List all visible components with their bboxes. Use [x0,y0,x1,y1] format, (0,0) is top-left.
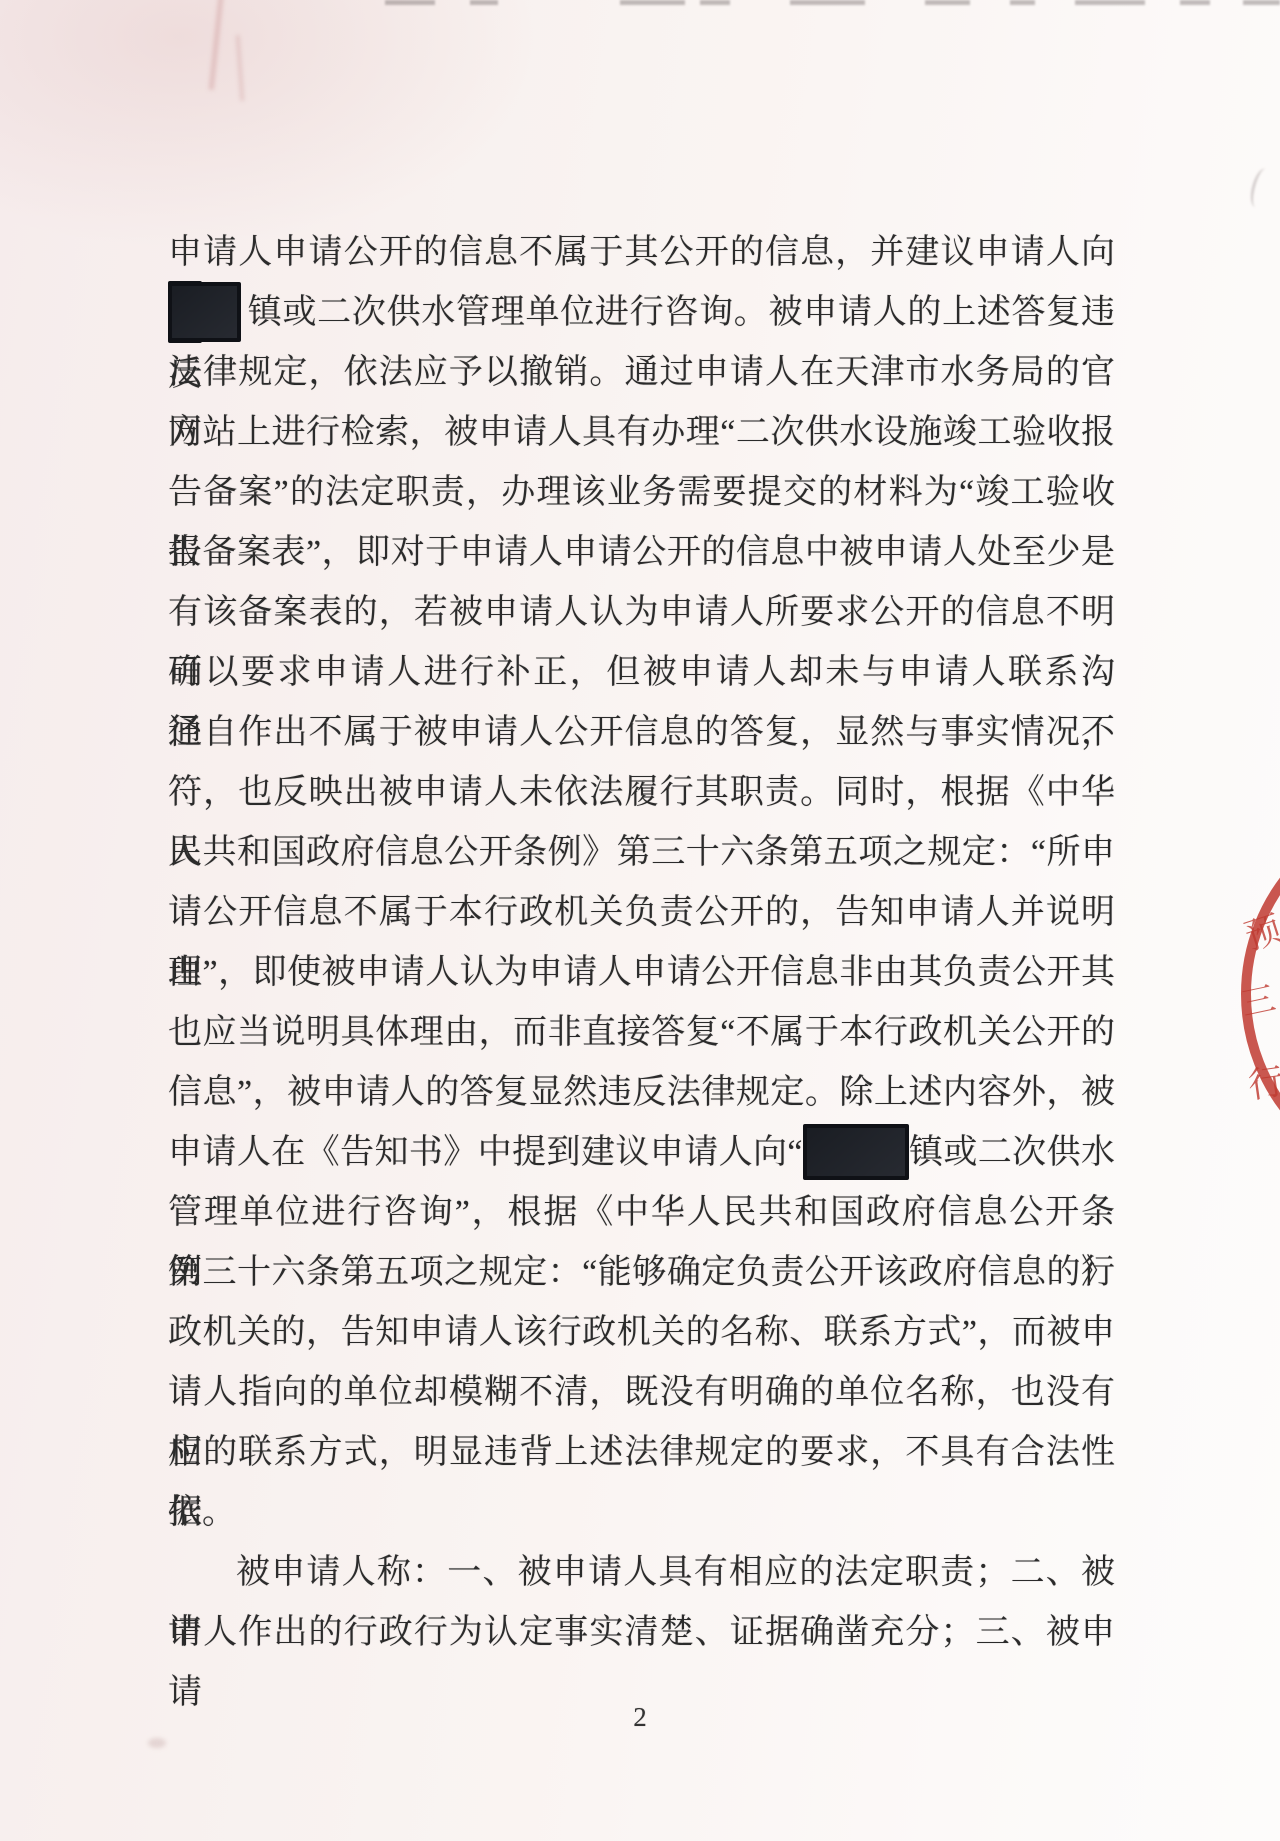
text-line: 请人指向的单位却模糊不清，既没有明确的单位名称，也没有相 [168,1363,1115,1423]
official-seal-stamp: 预 三 行 [1234,868,1280,1120]
redaction-box [803,1124,909,1180]
scan-artifact [1180,0,1210,5]
text-line: 告备案表”，即对于申请人申请公开的信息中被申请人处至少是 [168,523,1115,583]
scan-artifact [790,0,865,5]
text-line: 政机关的，告知申请人该行政机关的名称、联系方式”，而被申 [168,1303,1115,1363]
text-segment: 镇或二次供水 [909,1134,1115,1171]
scan-artifact [1247,166,1274,209]
text-line: 网站上进行检索，被申请人具有办理“二次供水设施竣工验收报 [168,403,1115,463]
text-line: 符，也反映出被申请人未依法履行其职责。同时，根据《中华人 [168,763,1115,823]
text-line: 可以要求申请人进行补正，但被申请人却未与申请人联系沟通， [168,643,1115,703]
scan-artifact [148,1738,166,1748]
text-line: 被申请人称：一、被申请人具有相应的法定职责；二、被申 [168,1543,1115,1603]
text-line: 信息”，被申请人的答复显然违反法律规定。除上述内容外，被 [168,1063,1115,1123]
scan-artifact [470,0,498,5]
scan-artifact [700,0,730,5]
text-line: 管理单位进行咨询”，根据《中华人民共和国政府信息公开条例》 [168,1183,1115,1243]
text-line: 告备案”的法定职责，办理该业务需要提交的材料为“竣工验收报 [168,463,1115,523]
scan-smudge [209,0,225,90]
text-segment: 申请人申请公开的信息不属于其公开的信息，并建议申请人向 [168,234,1115,271]
text-line: 应的联系方式，明显违背上述法律规定的要求，不具有合法性依 [168,1423,1115,1483]
scan-artifact [925,0,970,5]
text-line: 镇或二次供水管理单位进行咨询。被申请人的上述答复违反 [168,283,1115,343]
text-line: 第三十六条第五项之规定：“能够确定负责公开该政府信息的行 [168,1243,1115,1303]
text-segment: 申请人在《告知书》中提到建议申请人向“ [168,1134,803,1171]
redaction-box [168,282,241,342]
text-line: 法律规定，依法应予以撤销。通过申请人在天津市水务局的官方 [168,343,1115,403]
page-number: 2 [0,1702,1280,1733]
text-line: 也应当说明具体理由，而非直接答复“不属于本行政机关公开的 [168,1003,1115,1063]
text-line: 请人作出的行政行为认定事实清楚、证据确凿充分；三、被申请 [168,1603,1115,1663]
document-body: 申请人申请公开的信息不属于其公开的信息，并建议申请人向 镇或二次供水管理单位进行… [168,223,1115,1663]
scan-artifact [620,0,685,5]
text-line: 申请人申请公开的信息不属于其公开的信息，并建议申请人向 [168,223,1115,283]
text-line: 径自作出不属于被申请人公开信息的答复，显然与事实情况不 [168,703,1115,763]
text-line: 民共和国政府信息公开条例》第三十六条第五项之规定：“所申 [168,823,1115,883]
text-line: 请公开信息不属于本行政机关负责公开的，告知申请人并说明理 [168,883,1115,943]
scan-artifact [385,0,435,5]
scan-smudge [236,35,245,101]
text-line: 申请人在《告知书》中提到建议申请人向“镇或二次供水 [168,1123,1115,1183]
seal-character: 行 [1246,1061,1280,1106]
scanned-document-page: 申请人申请公开的信息不属于其公开的信息，并建议申请人向 镇或二次供水管理单位进行… [0,0,1280,1841]
seal-character: 三 [1238,981,1279,1024]
text-line: 由”，即使被申请人认为申请人申请公开信息非由其负责公开其 [168,943,1115,1003]
text-line: 有该备案表的，若被申请人认为申请人所要求公开的信息不明确 [168,583,1115,643]
text-line: 据。 [168,1483,1115,1543]
scan-artifact [1010,0,1035,5]
scan-artifact [1243,0,1280,5]
scan-artifact [1075,0,1145,5]
